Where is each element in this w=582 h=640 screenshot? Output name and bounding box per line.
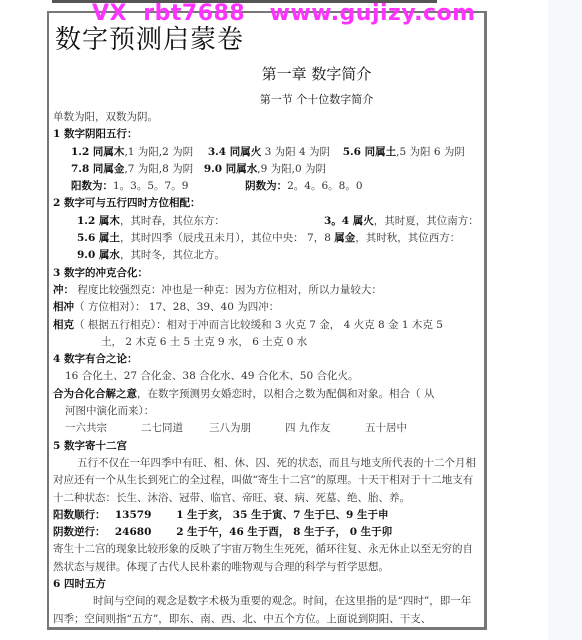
yin-ni-label: 阴数逆行：	[53, 526, 106, 538]
xiangke-desc: （ 根据五行相克）：相对于冲而言比较缓和 3 火克 7 金， 4 火克 8 金 …	[74, 319, 443, 331]
s3-xiangke-cont: 土， 2 木克 6 土 5 土克 9 水， 6 土克 0 水	[53, 334, 481, 351]
s1-fire-desc: 3 为阳 4 为阴	[261, 146, 330, 158]
s2-wood: 1.2 属木	[77, 215, 120, 227]
yin-ni-desc: 2 生于午，46 生于酉， 8 生于子， 0 生于卯	[176, 526, 392, 538]
s6-paragraph-1: 时间与空间的观念是数字术极为重要的观念。时间，在这里指的是“四时”，即一年四季；…	[53, 593, 481, 628]
s3-xiangke: 相克（ 根据五行相克）：相对于冲而言比较缓和 3 火克 7 金， 4 火克 8 …	[53, 317, 481, 334]
chapter-heading: 第一章 数字简介	[49, 63, 484, 84]
xiangke-label: 相克	[53, 319, 74, 331]
pair-1: 一六共宗	[65, 420, 141, 437]
s4-pairs: 一六共宗二七同道三八为朋四 九作友五十居中	[53, 420, 481, 437]
section-heading: 第一节 个十位数字简介	[49, 91, 484, 107]
s6-heading: 6 四时五方	[53, 576, 481, 593]
pair-3: 三八为朋	[209, 420, 285, 437]
s3-xiangchong: 相冲（ 方位相对）： 17、28、39、40 为四冲：	[53, 299, 481, 316]
s2-row-2: 5.6 属土，其时四季（辰戌丑未月），其位中央： 7，8 属金，其时秋，其位西方…	[53, 230, 481, 247]
yin-label: 阴数为：	[245, 180, 287, 192]
xiangchong-desc: （ 方位相对）： 17、28、39、40 为四冲：	[74, 301, 279, 313]
pair-4: 四 九作友	[285, 420, 365, 437]
s1-metal-desc: ,7 为阳,8 为阴	[124, 163, 193, 175]
s2-earth-desc: ，其时四季（辰戌丑未月），其位中央：	[120, 232, 304, 244]
s1-earth-desc: ,5 为阳 6 为阴	[396, 146, 465, 158]
yang-shun-desc: 1 生于亥， 35 生于寅、7 生于巳、9 生于申	[176, 509, 388, 521]
yang-shun-num: 13579	[109, 507, 173, 524]
s1-earth: 5.6 同属土	[343, 146, 396, 158]
s2-fire: 3。4 属火	[324, 215, 374, 227]
s1-water: 9.0 同属水	[204, 163, 257, 175]
s4-he: 合为合化合解之意，在数字预测男女婚恋时，以相合之数为配偶和对象。相合（ 从	[53, 386, 481, 403]
s1-wood-desc: ,1 为阳,2 为阴	[124, 146, 193, 158]
s2-metal-num: 7，8	[307, 232, 334, 244]
s3-chong: 冲： 程度比较强烈克：冲也是一种克：因为方位相对，所以力量较大：	[53, 282, 481, 299]
s1-row-1: 1.2 同属木,1 为阳,2 为阴 3.4 同属火 3 为阳 4 为阴 5.6 …	[53, 144, 481, 161]
s5-heading: 5 数字寄十二宫	[53, 438, 481, 455]
s2-water: 9.0 属水	[77, 249, 120, 261]
yin-values: 2。4。6。8。0	[287, 180, 362, 192]
s2-wood-desc: ，其时春，其位东方：	[120, 215, 225, 227]
s2-water-desc: ，其时冬，其位北方。	[120, 249, 225, 261]
s5-yang-row: 阳数顺行： 13579 1 生于亥， 35 生于寅、7 生于巳、9 生于申	[53, 507, 481, 524]
yang-values: 1。3。5。7。9	[113, 180, 188, 192]
xiangchong-label: 相冲	[53, 301, 74, 313]
yin-ni-num: 24680	[109, 524, 173, 541]
pair-5: 五十居中	[365, 422, 407, 434]
watermark-overlay: VX rbt7688 www.gujizy.com	[92, 1, 476, 26]
s2-fire-desc: ，其时夏，其位南方：	[374, 215, 479, 227]
s1-metal: 7.8 同属金	[71, 163, 124, 175]
s4-he-cont: 河图中演化而来）：	[53, 403, 481, 420]
he-label: 合为合化合解之意	[53, 388, 137, 400]
document-body: 单数为阳，双数为阴。 1 数字阴阳五行： 1.2 同属木,1 为阳,2 为阴 3…	[53, 109, 481, 628]
s4-heading: 4 数字有合之论：	[53, 351, 481, 368]
chong-label: 冲：	[53, 284, 74, 296]
s5-yin-row: 阴数逆行： 24680 2 生于午，46 生于酉， 8 生于子， 0 生于卯	[53, 524, 481, 541]
s2-earth: 5.6 属土	[77, 232, 120, 244]
s5-paragraph-2: 寄生十二宫的现象比较形象的反映了宇宙万物生生死死，循环往复、永无休止以至无穷的自…	[53, 541, 481, 576]
s2-heading: 2 数字可与五行四时方位相配：	[53, 195, 481, 212]
s1-heading: 1 数字阴阳五行：	[53, 126, 481, 143]
s1-row-2: 7.8 同属金,7 为阳,8 为阴 9.0 同属水,9 为阳,0 为阴	[53, 161, 481, 178]
yang-label: 阳数为：	[71, 180, 113, 192]
s1-wood: 1.2 同属木	[71, 146, 124, 158]
intro-line: 单数为阳，双数为阴。	[53, 109, 481, 126]
s2-row-1: 1.2 属木，其时春，其位东方：3。4 属火，其时夏，其位南方：	[53, 213, 481, 230]
s2-metal: 属金	[334, 232, 355, 244]
s1-water-desc: ,9 为阳,0 为阴	[257, 163, 326, 175]
s2-row-3: 9.0 属水，其时冬，其位北方。	[53, 247, 481, 264]
document-page: 数字预测启蒙卷 第一章 数字简介 第一节 个十位数字简介 单数为阳，双数为阴。 …	[47, 11, 487, 630]
s1-fire: 3.4 同属火	[208, 146, 261, 158]
side-panel	[548, 0, 582, 640]
chong-desc: 程度比较强烈克：冲也是一种克：因为方位相对，所以力量较大：	[74, 284, 382, 296]
s5-paragraph-1: 五行不仅在一年四季中有旺、相、休、囚、死的状态，而且与地支所代表的十二个月相对应…	[53, 455, 481, 507]
s2-metal-desc: ，其时秋，其位西方：	[355, 232, 460, 244]
he-desc: ，在数字预测男女婚恋时，以相合之数为配偶和对象。相合（ 从	[137, 388, 434, 400]
s1-row-3: 阳数为：1。3。5。7。9 阴数为：2。4。6。8。0	[53, 178, 481, 195]
pair-2: 二七同道	[141, 420, 209, 437]
s3-heading: 3 数字的冲克合化：	[53, 265, 481, 282]
s4-list: 16 合化土、27 合化金、38 合化水、49 合化木、50 合化火。	[53, 368, 481, 385]
yang-shun-label: 阳数顺行：	[53, 509, 106, 521]
